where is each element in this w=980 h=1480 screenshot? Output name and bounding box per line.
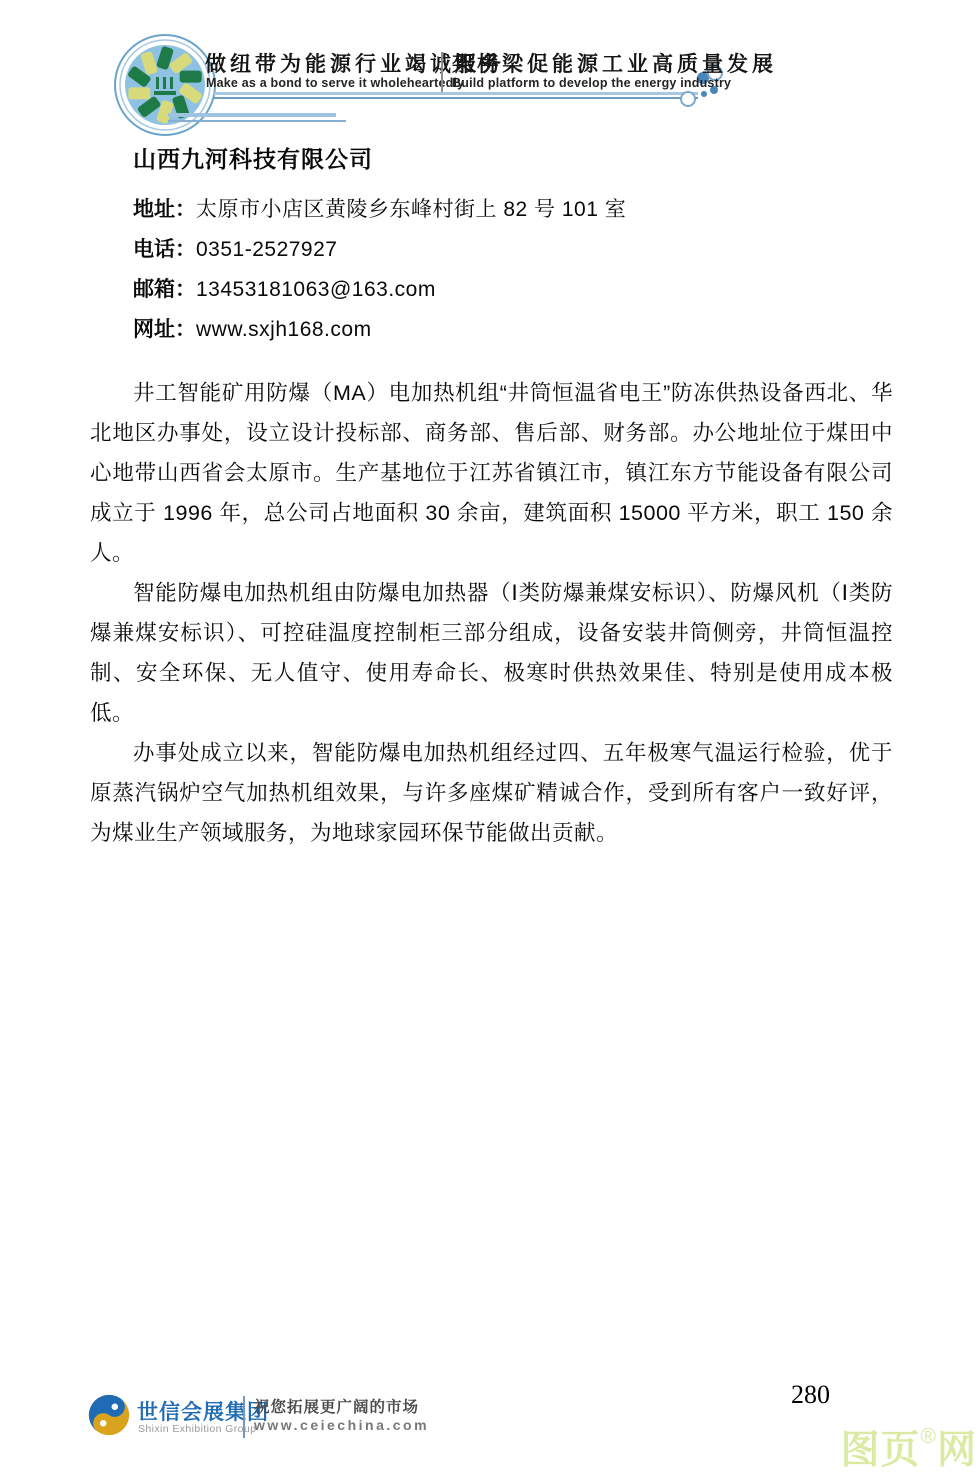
header-slogan-divider (441, 52, 443, 92)
watermark-text-right: 网 (937, 1429, 977, 1472)
watermark-text-left: 图页 (840, 1429, 920, 1472)
email-label: 邮箱： (133, 278, 196, 301)
footer-brand-en: Shixin Exhibition Group (138, 1423, 256, 1435)
company-phone-row: 电话：0351-2527927 (133, 230, 893, 270)
shixin-group-logo-icon (86, 1392, 132, 1438)
company-email-row: 邮箱：13453181063@163.com (133, 270, 893, 310)
header-rule-top (214, 92, 698, 95)
phone-label: 电话： (133, 238, 196, 261)
footer-website: www.ceiechina.com (254, 1417, 429, 1433)
header-rule-under-logo-thin (168, 120, 346, 122)
website-label: 网址： (133, 318, 196, 341)
address-value: 太原市小店区黄陵乡东峰村街上 82 号 101 室 (196, 198, 626, 221)
header-slogan-right-cn: 架桥梁促能源工业高质量发展 (452, 48, 777, 78)
registered-mark-icon: ® (921, 1425, 937, 1448)
phone-value: 0351-2527927 (196, 238, 337, 261)
header-rule-top-thin (214, 97, 698, 99)
header-slogan-left-en: Make as a bond to serve it wholeheartedl… (206, 76, 464, 90)
company-name: 山西九河科技有限公司 (133, 141, 893, 174)
paragraph-1: 井工智能矿用防爆（MA）电加热机组“井筒恒温省电王”防冻供热设备西北、华北地区办… (90, 373, 893, 573)
email-value: 13453181063@163.com (196, 278, 436, 301)
catalog-page: 做纽带为能源行业竭诚服务 Make as a bond to serve it … (0, 0, 980, 1480)
watermark: 图页®网 (840, 1408, 977, 1480)
footer-slogan: 祝您拓展更广阔的市场 (254, 1395, 419, 1417)
page-number: 280 (791, 1380, 830, 1410)
address-label: 地址： (133, 198, 196, 221)
company-website-row: 网址：www.sxjh168.com (133, 310, 893, 350)
company-info-block: 山西九河科技有限公司 地址：太原市小店区黄陵乡东峰村街上 82 号 101 室 … (133, 141, 893, 350)
paragraph-2: 智能防爆电加热机组由防爆电加热器（Ⅰ类防爆兼煤安标识）、防爆风机（Ⅰ类防爆兼煤安… (90, 573, 893, 733)
header-slogan-right-en: Build platform to develop the energy ind… (452, 76, 731, 90)
company-address-row: 地址：太原市小店区黄陵乡东峰村街上 82 号 101 室 (133, 190, 893, 230)
company-description: 井工智能矿用防爆（MA）电加热机组“井筒恒温省电王”防冻供热设备西北、华北地区办… (90, 373, 893, 853)
decor-ring-icon (680, 91, 696, 107)
footer-divider (243, 1396, 245, 1438)
header-rule-under-logo (168, 113, 336, 117)
footer-brand-cn: 世信会展集团 (137, 1396, 269, 1426)
paragraph-3: 办事处成立以来，智能防爆电加热机组经过四、五年极寒气温运行检验，优于原蒸汽锅炉空… (90, 733, 893, 853)
decor-dot-icon (701, 91, 707, 97)
website-value: www.sxjh168.com (196, 318, 372, 341)
